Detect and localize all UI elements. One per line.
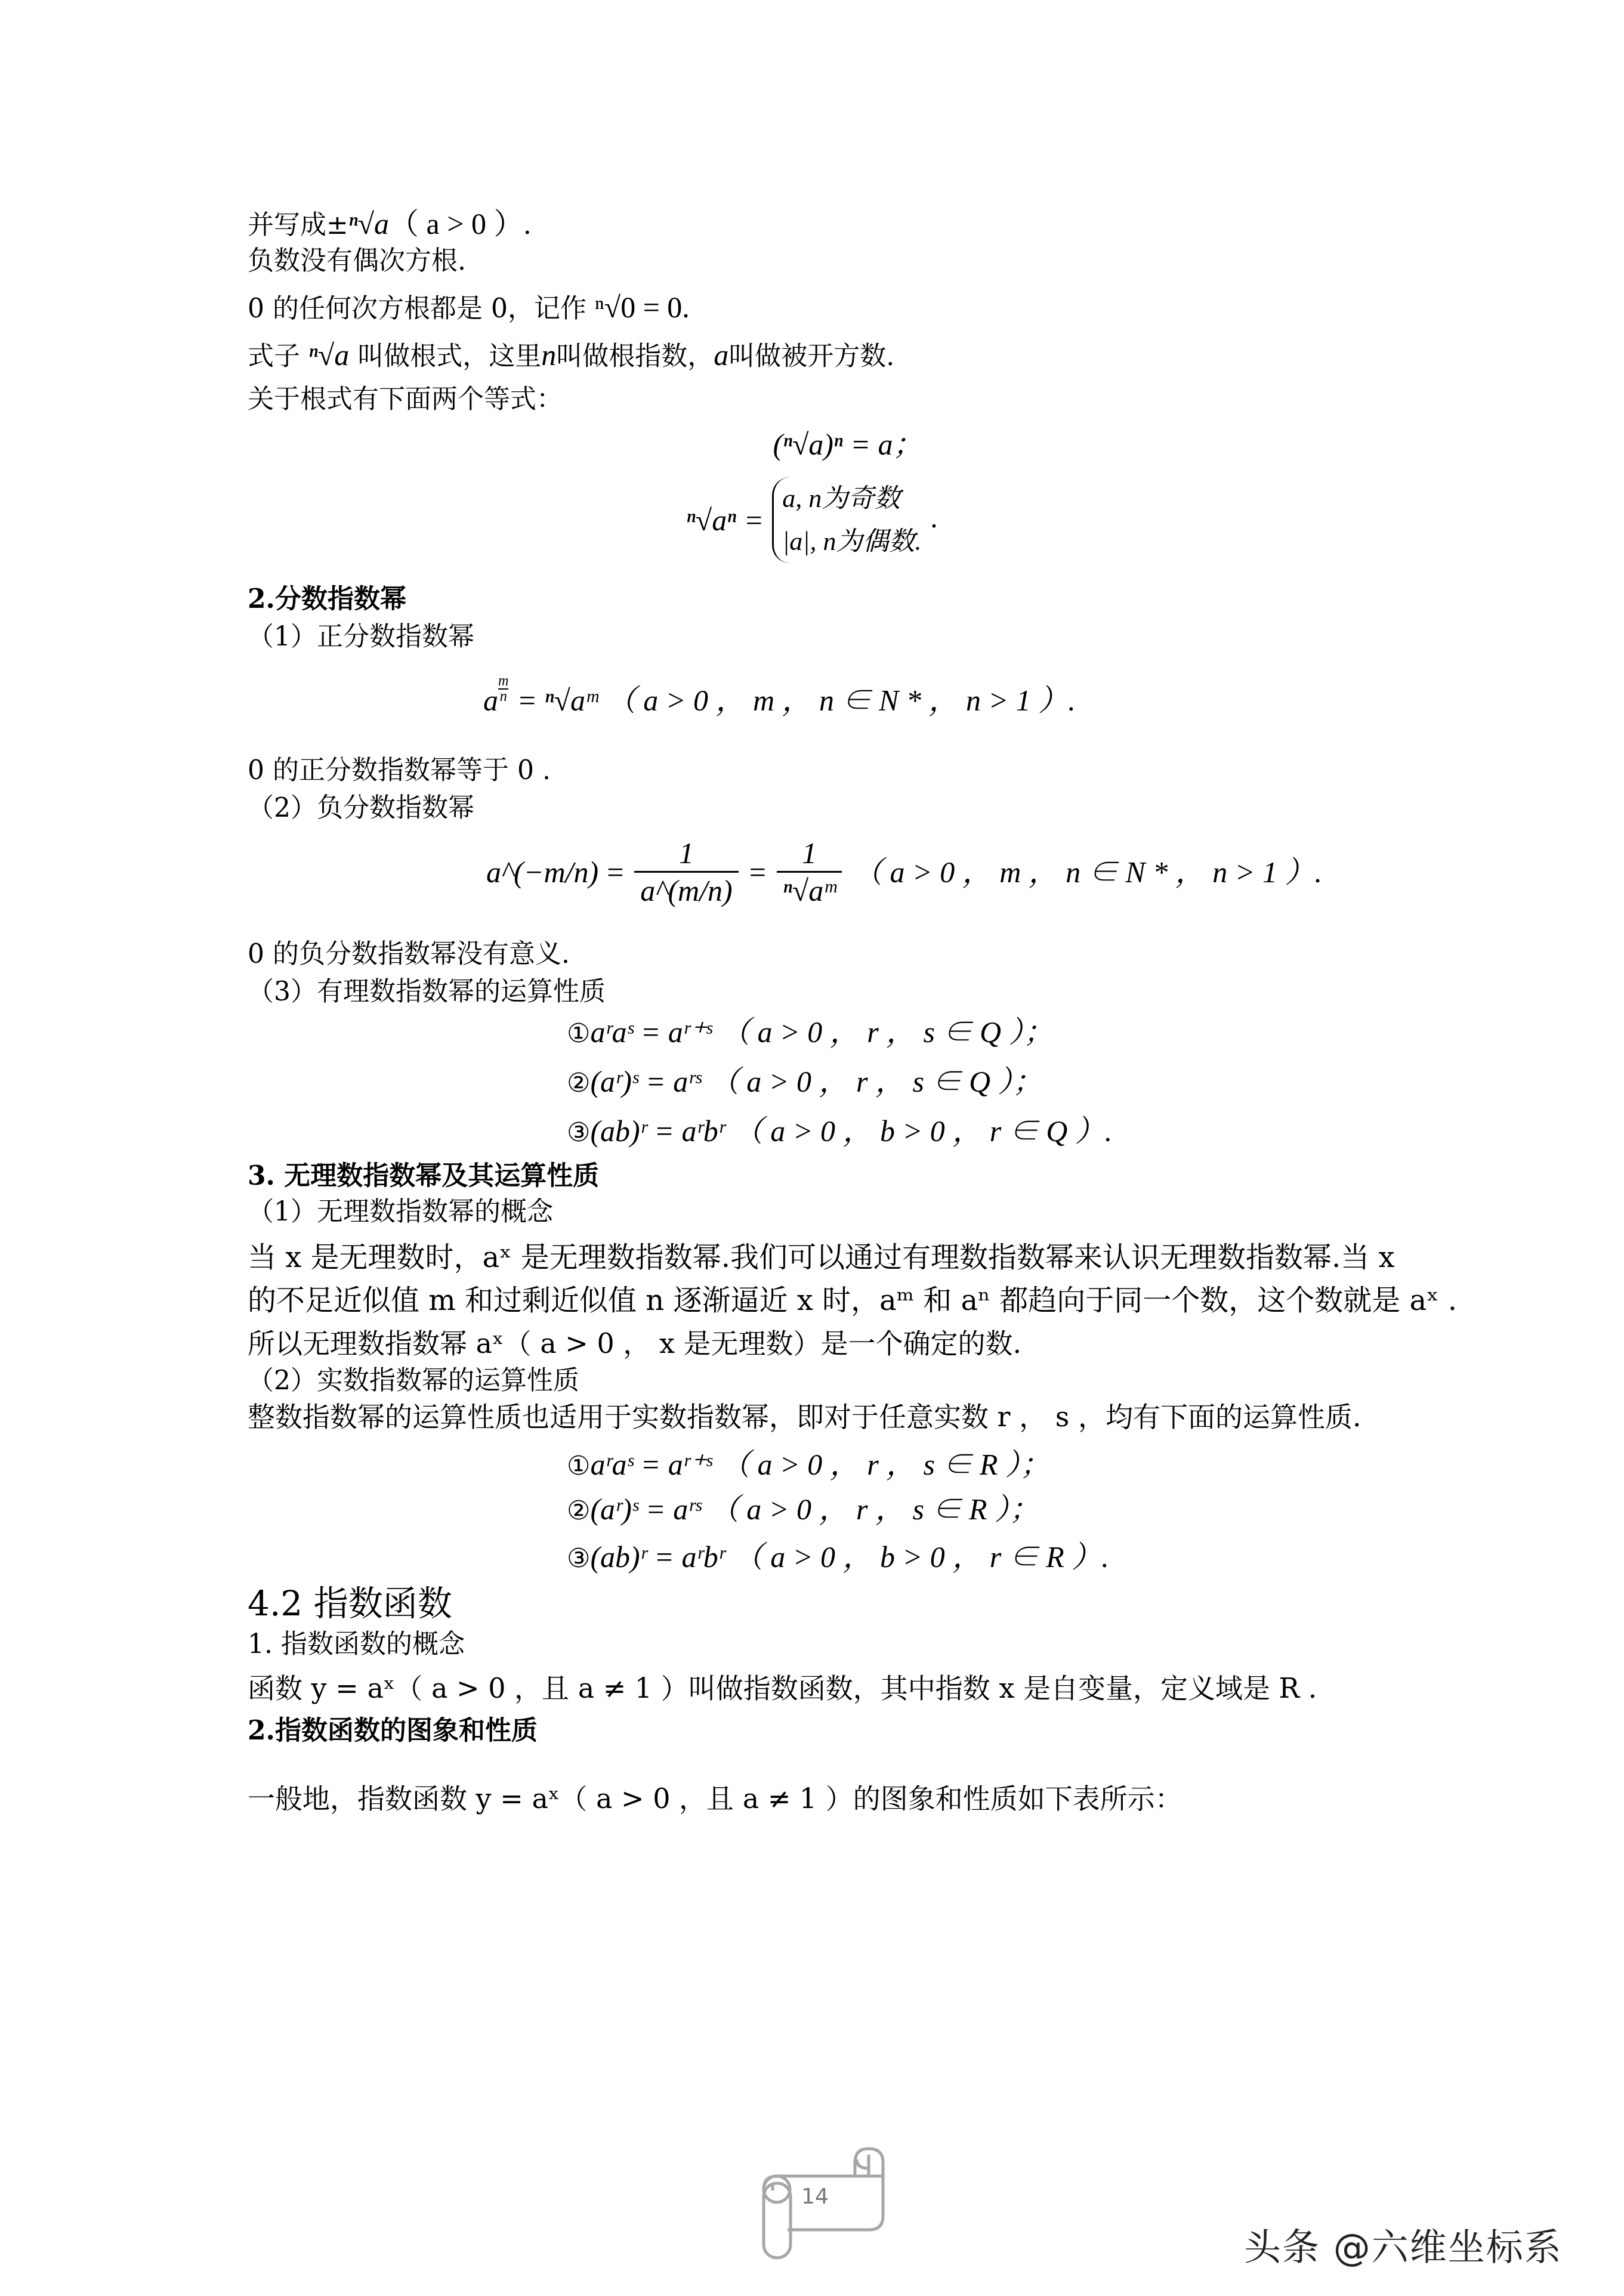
section-3-sub2: （2）实数指数幂的运算性质: [248, 1363, 579, 1399]
rule-number: ①: [567, 1451, 590, 1481]
section-3-para2: 的不足近似值 m 和过剩近似值 n 逐渐逼近 x 时，aᵐ 和 aⁿ 都趋向于同…: [248, 1283, 1457, 1318]
watermark: 头条 @六维坐标系: [1244, 2218, 1563, 2271]
denominator: ⁿ√aᵐ: [777, 873, 842, 908]
condition: （ a > 0 ， m ， n ∈ N * ， n > 1 ）.: [853, 855, 1322, 889]
note-negative: 0 的负分数指数幂没有意义.: [248, 937, 570, 972]
equation-1: (ⁿ√a)ⁿ = a；: [36, 427, 1624, 464]
roots-line-2: 负数没有偶次方根.: [248, 243, 466, 279]
text: 并写成±: [248, 210, 348, 240]
condition: （ a > 0 ， m ， n ∈ N * ， n > 1 ）.: [606, 684, 1076, 717]
real-rule-2: ②(aʳ)ˢ = aʳˢ （ a > 0 ， r ， s ∈ R ）；: [567, 1491, 1039, 1529]
section-4-2-sub1: 1. 指数函数的概念: [248, 1627, 465, 1662]
section-2-heading: 2.分数指数幂: [248, 582, 406, 617]
fraction-2: 1ⁿ√aᵐ: [777, 835, 842, 908]
text: 0 的任何次方根都是 0，记作: [248, 293, 586, 324]
fraction-1: 1a^(m/n): [634, 835, 738, 908]
section-2-sub2: （2）负分数指数幂: [248, 790, 474, 826]
roots-line-1: 并写成±ⁿ√a（ a > 0 ）.: [248, 206, 531, 243]
case-even: |a|, n为偶数.: [782, 520, 921, 563]
formula-lhs: ⁿ√aⁿ =: [686, 503, 764, 537]
rule-condition: （ a > 0 ， r ， s ∈ Q ）；: [709, 1065, 1043, 1098]
section-2-sub1: （1）正分数指数幂: [248, 619, 474, 655]
rule-expr: (ab)ʳ = aʳbʳ: [590, 1540, 724, 1574]
roots-line-5: 关于根式有下面两个等式：: [248, 382, 563, 418]
numerator: 1: [777, 835, 842, 873]
roots-line-4: 式子 ⁿ√a 叫做根式，这里n叫做根指数，a叫做被开方数.: [248, 337, 894, 375]
section-4-2-title: 4.2 指数函数: [248, 1582, 452, 1625]
rule-condition: （ a > 0 ， b > 0 ， r ∈ Q ）.: [733, 1114, 1113, 1148]
section-4-2-sub2: 2.指数函数的图象和性质: [248, 1713, 538, 1749]
real-rule-1: ①aʳaˢ = aʳ⁺ˢ （ a > 0 ， r ， s ∈ R ）；: [567, 1447, 1050, 1484]
rational-rule-3: ③(ab)ʳ = aʳbʳ （ a > 0 ， b > 0 ， r ∈ Q ）.: [567, 1113, 1112, 1151]
section-3-heading: 3. 无理数指数幂及其运算性质: [248, 1158, 599, 1194]
rule-expr: (aʳ)ˢ = aʳˢ: [590, 1065, 700, 1098]
radical-expr: ⁿ√a: [348, 207, 389, 240]
piecewise-cases: a, n为奇数 |a|, n为偶数.: [772, 477, 921, 563]
section-3-para1: 当 x 是无理数时，aˣ 是无理数指数幂.我们可以通过有理数指数幂来认识无理数指…: [248, 1240, 1395, 1275]
rule-condition: （ a > 0 ， b > 0 ， r ∈ R ）.: [733, 1540, 1109, 1574]
section-4-2-para1: 函数 y = aˣ（ a > 0 ，且 a ≠ 1 ）叫做指数函数，其中指数 x…: [248, 1670, 1317, 1706]
rule-number: ②: [567, 1495, 590, 1526]
note-positive: 0 的正分数指数幂等于 0 .: [248, 753, 551, 789]
section-3-para4: 整数指数幂的运算性质也适用于实数指数幂，即对于任意实数 r ， s ，均有下面的…: [248, 1399, 1361, 1435]
rule-condition: （ a > 0 ， r ， s ∈ Q ）；: [720, 1015, 1054, 1049]
formula: (ⁿ√a)ⁿ = a；: [773, 428, 923, 461]
rule-expr: aʳaˢ = aʳ⁺ˢ: [590, 1015, 711, 1049]
rule-expr: (aʳ)ˢ = aʳˢ: [590, 1492, 700, 1526]
formula-negative-fraction: a^(−m/n) = 1a^(m/n) = 1ⁿ√aᵐ （ a > 0 ， m …: [486, 835, 1322, 908]
text: 叫做被开方数.: [728, 341, 894, 372]
formula-positive-fraction: amn = ⁿ√aᵐ （ a > 0 ， m ， n ∈ N * ， n > 1…: [483, 674, 1076, 720]
exp-den: n: [498, 690, 508, 704]
section-4-2-para2: 一般地，指数函数 y = aˣ（ a > 0 ，且 a ≠ 1 ）的图象和性质如…: [248, 1781, 1183, 1816]
exp-num: m: [498, 674, 508, 690]
text: 叫做根式，这里: [357, 341, 541, 372]
rule-number: ②: [567, 1068, 590, 1098]
rule-number: ①: [567, 1018, 590, 1049]
denominator: a^(m/n): [634, 873, 738, 908]
document-page: 并写成±ⁿ√a（ a > 0 ）. 负数没有偶次方根. 0 的任何次方根都是 0…: [0, 0, 1624, 2296]
text: 式子: [248, 341, 300, 372]
lhs: a^(−m/n): [486, 855, 598, 889]
base: a: [483, 684, 498, 717]
real-rule-3: ③(ab)ʳ = aʳbʳ （ a > 0 ， b > 0 ， r ∈ R ）.: [567, 1539, 1109, 1577]
period: .: [930, 503, 938, 534]
rule-condition: （ a > 0 ， r ， s ∈ R ）；: [720, 1448, 1050, 1481]
page-number: 14: [801, 2184, 829, 2209]
rule-number: ③: [567, 1543, 590, 1574]
var-n: n: [541, 338, 556, 372]
text: 叫做根指数，: [556, 341, 714, 372]
rule-condition: （ a > 0 ， r ， s ∈ R ）；: [709, 1492, 1039, 1526]
rational-rule-2: ②(aʳ)ˢ = aʳˢ （ a > 0 ， r ， s ∈ Q ）；: [567, 1064, 1043, 1101]
numerator: 1: [634, 835, 738, 873]
formula: ⁿ√0 = 0.: [595, 291, 690, 324]
rule-expr: aʳaˢ = aʳ⁺ˢ: [590, 1448, 711, 1481]
condition: （ a > 0 ）.: [389, 207, 531, 240]
rhs: = ⁿ√aᵐ: [517, 684, 597, 717]
section-3-sub1: （1）无理数指数幂的概念: [248, 1194, 553, 1230]
section-3-para3: 所以无理数指数幂 aˣ（ a > 0 ， x 是无理数）是一个确定的数.: [248, 1325, 1021, 1361]
case-odd: a, n为奇数: [782, 477, 921, 520]
roots-line-3: 0 的任何次方根都是 0，记作 ⁿ√0 = 0.: [248, 289, 690, 327]
var-a: a: [714, 338, 728, 372]
section-2-sub3: （3）有理数指数幂的运算性质: [248, 974, 606, 1010]
equation-2: ⁿ√aⁿ = a, n为奇数 |a|, n为偶数. .: [686, 477, 938, 563]
rule-number: ③: [567, 1117, 590, 1148]
rational-rule-1: ①aʳaˢ = aʳ⁺ˢ （ a > 0 ， r ， s ∈ Q ）；: [567, 1014, 1054, 1052]
exponent-fraction: mn: [498, 674, 508, 704]
rule-expr: (ab)ʳ = aʳbʳ: [590, 1114, 724, 1148]
radical-expr: ⁿ√a: [308, 338, 349, 372]
